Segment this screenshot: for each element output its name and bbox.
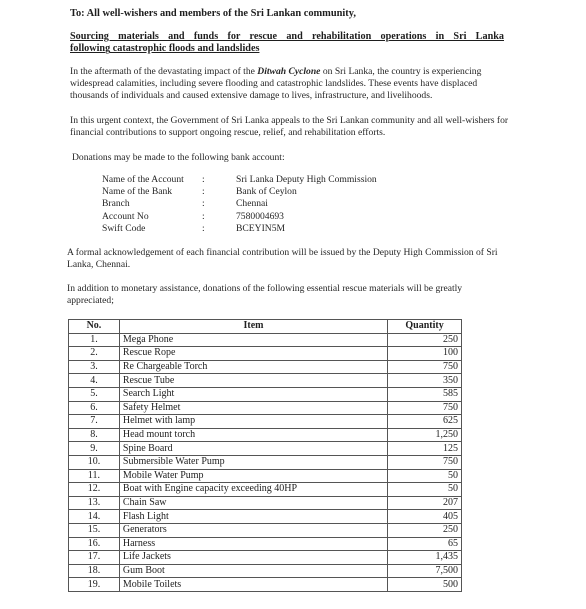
table-row: 3.Re Chargeable Torch750	[69, 360, 462, 374]
table-row: 13.Chain Saw207	[69, 496, 462, 510]
row-number: 2.	[69, 347, 120, 361]
row-item: Mega Phone	[119, 333, 387, 347]
row-number: 1.	[69, 333, 120, 347]
table-row: 7.Helmet with lamp625	[69, 415, 462, 429]
bank-detail-value: Bank of Ceylon	[236, 186, 297, 198]
row-item: Helmet with lamp	[119, 415, 387, 429]
table-row: 8.Head mount torch1,250	[69, 428, 462, 442]
bank-detail-row: Swift Code:BCEYIN5M	[102, 223, 377, 235]
row-number: 19.	[69, 578, 120, 592]
table-row: 1.Mega Phone250	[69, 333, 462, 347]
row-quantity: 65	[388, 537, 462, 551]
row-quantity: 750	[388, 360, 462, 374]
bank-detail-value: BCEYIN5M	[236, 223, 285, 235]
bank-detail-separator: :	[202, 186, 236, 198]
bank-detail-label: Name of the Bank	[102, 186, 202, 198]
row-quantity: 350	[388, 374, 462, 388]
row-number: 10.	[69, 455, 120, 469]
row-number: 5.	[69, 387, 120, 401]
materials-table: No. Item Quantity 1.Mega Phone2502.Rescu…	[68, 319, 462, 592]
table-row: 12.Boat with Engine capacity exceeding 4…	[69, 483, 462, 497]
bank-detail-label: Branch	[102, 198, 202, 210]
table-row: 2.Rescue Rope100	[69, 347, 462, 361]
acknowledgement-paragraph: A formal acknowledgement of each financi…	[67, 247, 507, 271]
row-number: 16.	[69, 537, 120, 551]
row-quantity: 125	[388, 442, 462, 456]
bank-detail-value: 7580004693	[236, 211, 284, 223]
row-number: 13.	[69, 496, 120, 510]
table-row: 5.Search Light585	[69, 387, 462, 401]
table-row: 19.Mobile Toilets500	[69, 578, 462, 592]
row-quantity: 1,250	[388, 428, 462, 442]
row-number: 14.	[69, 510, 120, 524]
cyclone-name: Ditwah Cyclone	[257, 66, 320, 77]
bank-detail-row: Name of the Bank:Bank of Ceylon	[102, 186, 377, 198]
addressee-line: To: All well-wishers and members of the …	[70, 8, 356, 19]
header-item: Item	[119, 320, 387, 334]
table-row: 15.Generators250	[69, 523, 462, 537]
row-item: Chain Saw	[119, 496, 387, 510]
row-quantity: 250	[388, 333, 462, 347]
row-number: 4.	[69, 374, 120, 388]
row-number: 6.	[69, 401, 120, 415]
materials-request-paragraph: In addition to monetary assistance, dona…	[67, 283, 507, 307]
bank-details: Name of the Account:Sri Lanka Deputy Hig…	[102, 174, 377, 235]
subject-line-1: Sourcing materials and funds for rescue …	[70, 31, 504, 43]
row-item: Generators	[119, 523, 387, 537]
row-quantity: 50	[388, 483, 462, 497]
row-item: Re Chargeable Torch	[119, 360, 387, 374]
bank-detail-separator: :	[202, 211, 236, 223]
row-number: 9.	[69, 442, 120, 456]
header-quantity: Quantity	[388, 320, 462, 334]
table-row: 9.Spine Board125	[69, 442, 462, 456]
table-row: 18.Gum Boot7,500	[69, 564, 462, 578]
row-item: Boat with Engine capacity exceeding 40HP	[119, 483, 387, 497]
row-item: Search Light	[119, 387, 387, 401]
row-number: 17.	[69, 551, 120, 565]
bank-detail-label: Name of the Account	[102, 174, 202, 186]
row-item: Submersible Water Pump	[119, 455, 387, 469]
row-quantity: 500	[388, 578, 462, 592]
row-number: 15.	[69, 523, 120, 537]
row-item: Gum Boot	[119, 564, 387, 578]
row-item: Head mount torch	[119, 428, 387, 442]
row-number: 11.	[69, 469, 120, 483]
row-item: Harness	[119, 537, 387, 551]
donation-instruction: Donations may be made to the following b…	[72, 152, 512, 164]
row-quantity: 405	[388, 510, 462, 524]
row-item: Safety Helmet	[119, 401, 387, 415]
bank-detail-separator: :	[202, 223, 236, 235]
row-quantity: 7,500	[388, 564, 462, 578]
table-row: 6.Safety Helmet750	[69, 401, 462, 415]
bank-detail-row: Name of the Account:Sri Lanka Deputy Hig…	[102, 174, 377, 186]
intro-paragraph: In the aftermath of the devastating impa…	[70, 66, 510, 102]
row-item: Rescue Tube	[119, 374, 387, 388]
row-item: Mobile Water Pump	[119, 469, 387, 483]
bank-detail-separator: :	[202, 174, 236, 186]
table-row: 4.Rescue Tube350	[69, 374, 462, 388]
table-row: 14.Flash Light405	[69, 510, 462, 524]
row-quantity: 207	[388, 496, 462, 510]
row-item: Spine Board	[119, 442, 387, 456]
row-quantity: 1,435	[388, 551, 462, 565]
bank-detail-value: Chennai	[236, 198, 268, 210]
row-item: Mobile Toilets	[119, 578, 387, 592]
header-no: No.	[69, 320, 120, 334]
row-item: Rescue Rope	[119, 347, 387, 361]
row-quantity: 750	[388, 455, 462, 469]
row-quantity: 250	[388, 523, 462, 537]
row-number: 8.	[69, 428, 120, 442]
table-row: 17.Life Jackets1,435	[69, 551, 462, 565]
row-quantity: 750	[388, 401, 462, 415]
bank-detail-row: Branch:Chennai	[102, 198, 377, 210]
subject-heading: Sourcing materials and funds for rescue …	[70, 31, 504, 56]
row-number: 18.	[69, 564, 120, 578]
row-item: Flash Light	[119, 510, 387, 524]
bank-detail-value: Sri Lanka Deputy High Commission	[236, 174, 377, 186]
materials-table-body: 1.Mega Phone2502.Rescue Rope1003.Re Char…	[69, 333, 462, 591]
subject-line-2: following catastrophic floods and landsl…	[70, 43, 504, 55]
table-row: 10.Submersible Water Pump750	[69, 455, 462, 469]
intro-text-pre: In the aftermath of the devastating impa…	[70, 66, 257, 77]
appeal-paragraph: In this urgent context, the Government o…	[70, 115, 510, 139]
table-row: 11.Mobile Water Pump50	[69, 469, 462, 483]
table-header-row: No. Item Quantity	[69, 320, 462, 334]
table-row: 16.Harness65	[69, 537, 462, 551]
row-quantity: 100	[388, 347, 462, 361]
row-quantity: 625	[388, 415, 462, 429]
row-quantity: 585	[388, 387, 462, 401]
bank-detail-label: Account No	[102, 211, 202, 223]
row-number: 3.	[69, 360, 120, 374]
bank-detail-label: Swift Code	[102, 223, 202, 235]
row-item: Life Jackets	[119, 551, 387, 565]
bank-detail-row: Account No:7580004693	[102, 211, 377, 223]
row-quantity: 50	[388, 469, 462, 483]
bank-detail-separator: :	[202, 198, 236, 210]
row-number: 7.	[69, 415, 120, 429]
row-number: 12.	[69, 483, 120, 497]
